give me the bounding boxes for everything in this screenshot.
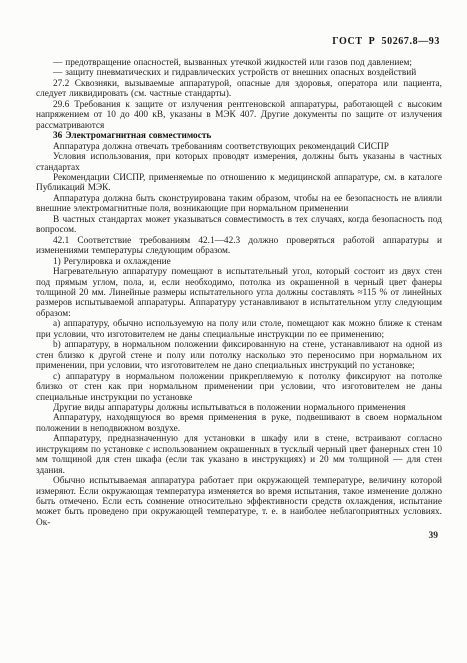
paragraph: Аппаратуру, предназначенную для установк… xyxy=(36,434,442,476)
paragraph: c) аппаратуру в нормальном положении при… xyxy=(36,372,442,403)
paragraph: Обычно испытываемая аппаратура работает … xyxy=(36,476,442,528)
section-heading: 36 Электромагнитная совместимость xyxy=(36,131,442,141)
paragraph: Аппаратуру, находящуюся во время примене… xyxy=(36,413,442,434)
paragraph: Аппаратура должна отвечать требованиям с… xyxy=(36,142,442,152)
paragraph: Условия использования, при которых прово… xyxy=(36,152,442,173)
paragraph: Рекомендации СИСПР, применяемые по отнош… xyxy=(36,173,442,194)
paragraph: В частных стандартах может указываться с… xyxy=(36,215,442,236)
document-body: — предотвращение опасностей, вызванных у… xyxy=(36,58,442,528)
paragraph: Другие виды аппаратуры должны испытывать… xyxy=(36,403,442,413)
paragraph: 42.1 Соответствие требованиям 42.1—42.3 … xyxy=(36,236,442,257)
page-number: 39 xyxy=(36,531,442,541)
paragraph: — предотвращение опасностей, вызванных у… xyxy=(36,58,442,68)
paragraph: 1) Регулировка и охлаждение xyxy=(36,257,442,267)
document-page: ГОСТ Р 50267.8—93 — предотвращение опасн… xyxy=(0,0,467,663)
document-standard-number: ГОСТ Р 50267.8—93 xyxy=(36,36,442,47)
paragraph: Нагревательную аппаратуру помещают в исп… xyxy=(36,267,442,319)
paragraph: 29.6 Требования к защите от излучения ре… xyxy=(36,100,442,131)
paragraph: а) аппаратуру, обычно используемую на по… xyxy=(36,319,442,340)
paragraph: Аппаратура должна быть сконструирована т… xyxy=(36,194,442,215)
paragraph: 27.2 Сквозняки, вызываемые аппаратурой, … xyxy=(36,79,442,100)
paragraph: b) аппаратуру, в нормальном положении фи… xyxy=(36,340,442,371)
paragraph: — защиту пневматических и гидравлических… xyxy=(36,68,442,78)
